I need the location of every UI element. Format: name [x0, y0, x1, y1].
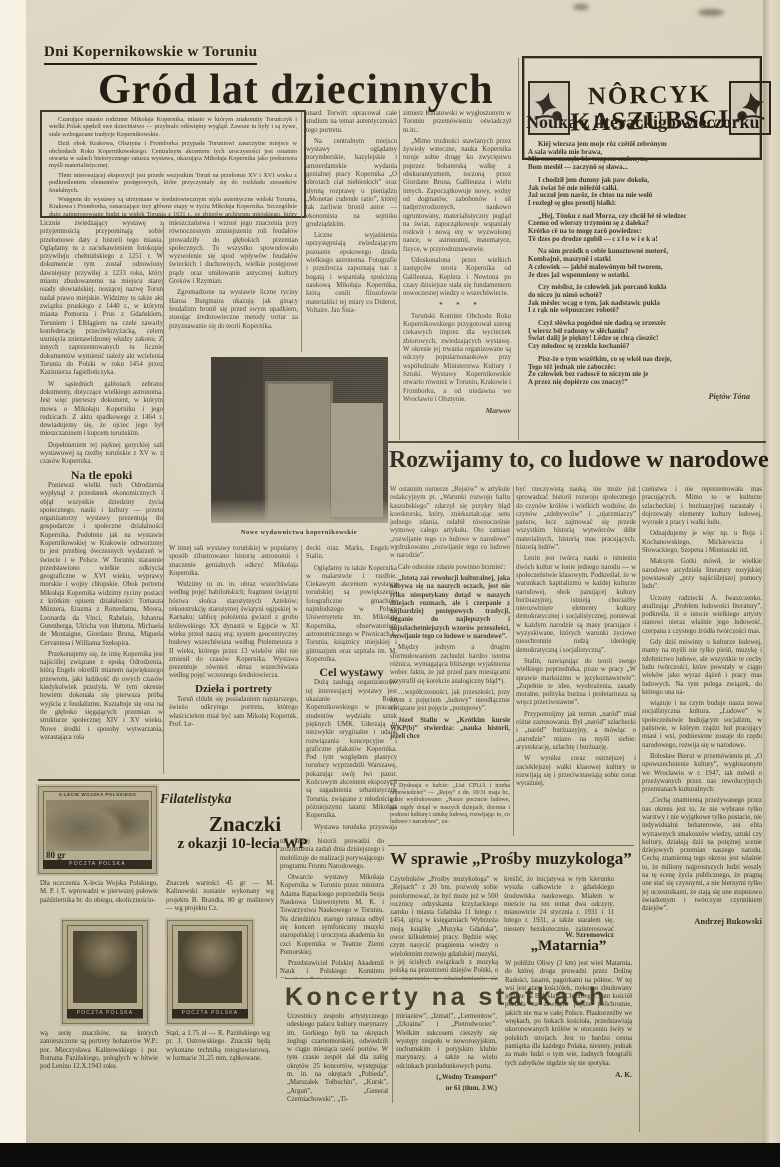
source-credit: („Wodny Transport” [396, 1074, 497, 1082]
paragraph: W ostatnim numerze „Rejsów” w artykule r… [390, 486, 510, 561]
paragraph: Ponieważ wielki ruch Odrodzenia wypłynął… [40, 482, 163, 648]
subheading: Dzieła i portrety [169, 685, 298, 693]
stamp-portrait-pazinski: POCZTA POLSKA [167, 920, 253, 1024]
lead-paragraph: Dziś obok Krakowa, Olsztyna i Fromborka … [49, 140, 297, 170]
poem-stanza: „Hej, Tónku z nad Morza, czy chcôł bë të… [528, 213, 756, 244]
paragraph: mieszczaństwa i wzrost jego znaczenia pr… [169, 220, 298, 286]
paragraph: Całe odnośne zdanie powinno brzmieć: [390, 564, 510, 572]
paragraph: Bolesław Bierut w przemówieniu pt. „O up… [642, 753, 762, 794]
koncerty-headline: Koncerty na statkach [285, 983, 499, 1012]
subheading: Cel wystawy [306, 668, 397, 676]
article-column: kreślić, że inicjatywa w tym kierunku wy… [504, 876, 614, 932]
paragraph: decki oraz Marks, Engels i Stalin. [306, 545, 397, 562]
matarnia-headline: „Matarnia” [505, 938, 632, 955]
poem-stanza: I chodził jem dumny jak paw dokoła, Jak … [528, 177, 756, 208]
author-signature: Andrzej Bukowski [642, 917, 762, 925]
poem-signature: Piętów Tóna [620, 392, 750, 401]
article-column: Znaczek wartości 45 gr — M. Kalinowski z… [166, 880, 274, 920]
paragraph: W innej sali wystawy toruńskiej w popula… [169, 545, 298, 578]
paragraph: „Mimo trudności stawianych przez żywioły… [403, 138, 511, 254]
filatelistyka-label: Filatelistyka [160, 792, 232, 808]
poem-title: Nouka z literackigo wieczorku [526, 112, 759, 133]
paragraph: Zgromadzone na wystawie liczne ryciny Ha… [169, 289, 298, 330]
paragraph: być rzeczywistą nauką, nie może już spro… [516, 486, 636, 552]
section-rule [285, 978, 497, 979]
article-column: być rzeczywistą nauką, nie może już spro… [516, 486, 636, 838]
article-column: W ostatnim numerze „Rejsów” w artykule r… [390, 486, 510, 776]
paragraph: Na centralnym miejscu wystawy oglądamy n… [306, 138, 397, 229]
paragraph: wiązuje i na czym buduje nasza nowa socj… [642, 700, 762, 750]
paragraph: Stąd, a 1.75 zł — R. Pazińskiego wg pr. … [166, 1030, 270, 1063]
author-signature: Marwov [403, 407, 511, 415]
column-rule [301, 545, 302, 831]
paragraph: W sąsiednich gablotach zebrano dokumenty… [40, 381, 163, 439]
paragraph: Przekonujemy się, że imię Kopernika jest… [40, 651, 163, 742]
paragraph: Znaczek wartości 45 gr — M. Kalinowski z… [166, 880, 274, 913]
poem-stanza: Czy mëslisz, że człowiek jak porcanô kuk… [528, 284, 756, 315]
article-column-continuation: tu naszej historii prowadzi do zrozumien… [280, 838, 384, 978]
stamp-top-label: X-LECIE WOJSKA POLSKIEGO [44, 792, 151, 797]
paragraph: Udoskonalona przez wielkich następców te… [403, 257, 511, 298]
scan-artifact [698, 9, 724, 16]
paragraph: Przypomnijmy jak termin „naród” miał róż… [516, 711, 636, 752]
paragraph: Widzimy tu m. in. obraz wszechświata wed… [169, 581, 298, 681]
column-rule [276, 840, 277, 978]
paragraph-emphasis: Józef Stalin w „Krótkim kursie WKP(b)” s… [390, 717, 510, 742]
paragraph-emphasis: „Istotą zaś rewolucji kulturalnej, jaka … [390, 575, 510, 641]
subheading: Na tle epoki [40, 471, 163, 479]
paragraph: Dużą zasługą organizatorów tej interesuj… [306, 679, 397, 820]
article-column: Uczestnicy zespołu artystycznego odeskie… [287, 1013, 388, 1109]
paragraph: Odnajdujemy je więc np. u Reja i Kochano… [642, 530, 762, 555]
paragraph: Toruński Komitet Obchodu Roku Kopernikow… [403, 313, 511, 404]
article-column: onard Torwirt opracował całe studium na … [306, 110, 397, 354]
column-rule [392, 1013, 393, 1103]
section-rule [388, 441, 766, 443]
stamp-x-lecie-wojska: X-LECIE WOJSKA POLSKIEGO POCZTA POLSKA 8… [38, 786, 157, 874]
paragraph: Oglądamy tu także Kopernika w malarstwie… [306, 565, 397, 665]
paragraph: Toruń chlubi się posiadaniem najstarszeg… [169, 696, 298, 729]
paragraph: miriaziew”, „Izmail”, „Lermontow”, „Ukra… [396, 1013, 497, 1071]
author-signature: A. K. [505, 1071, 632, 1079]
article-column: zimierz Kuratowski w wygłoszonym w Torun… [403, 110, 511, 444]
scan-artifact [573, 4, 589, 10]
lead-paragraph: Czarujące miasto rodzinne Mikołaja Koper… [49, 116, 297, 138]
section-rule [388, 845, 634, 846]
znaczki-title: Znaczki [170, 812, 320, 837]
paragraph: czeństwa i nie reprezentowała mas pracuj… [642, 486, 762, 527]
paragraph: „Cechą znamienną przeżywanego przez nas … [642, 797, 762, 913]
photo-caption: Nowe wydawnictwa kopernikowskie [203, 529, 395, 536]
column-rule [301, 112, 302, 352]
poem-body: Kiéj wiersza jem moje rôz czëtôł zebróny… [528, 141, 756, 387]
stamp-portrait-kalinowski: POCZTA POLSKA [62, 920, 148, 1024]
paragraph: zimierz Kuratowski w wygłoszonym w Torun… [403, 110, 511, 135]
paragraph: Między jednym a drugim sformułowaniem za… [390, 644, 510, 685]
paragraph: Maksym Gorki mówił, że wielkie narodowe … [642, 558, 762, 591]
paragraph: Uczony radziecki A. Iwaszczenko, analizu… [642, 595, 762, 636]
article-column: Czytelników „Prośby muzykologa” w „Rejsa… [390, 876, 498, 980]
column-rule [513, 486, 514, 836]
paragraph: Dla uczczenia X-lecia Wojska Polskiego, … [40, 880, 158, 905]
poem-stanza: Na sóm przódk u cebie kunsztowné motorë,… [528, 248, 756, 279]
lead-paragraph-box: Czarujące miasto rodzinne Mikołaja Koper… [40, 110, 306, 218]
article-column: miriaziew”, „Izmail”, „Lermontow”, „Ukra… [396, 1013, 497, 1109]
photo-foreground [211, 499, 388, 523]
scan-margin-left [0, 0, 26, 1143]
poem-stanza: Pisz-że o tym wszëtkim, co sę wkół nas d… [528, 356, 756, 387]
column-rule [518, 58, 519, 440]
article-column: Dla uczczenia X-lecia Wojska Polskiego, … [40, 880, 158, 920]
paper-fold-edge [763, 0, 780, 1143]
article-column: czeństwa i nie reprezentowała mas pracuj… [642, 486, 762, 1058]
paragraph: Gdy dziś mówimy o kulturze ludowej, mamy… [642, 639, 762, 697]
column-rule [639, 486, 640, 1132]
znaczki-subtitle: z okazji 10-lecia WP [150, 836, 335, 853]
muzykolog-headline: W sprawie „Prośby muzykologa” [388, 849, 634, 869]
paragraph: Uczestnicy zespołu artystycznego odeskie… [287, 1013, 388, 1104]
article-column: Licznie zwiedzający wystawę z przyjemnoś… [40, 220, 163, 776]
section-rule [38, 779, 300, 781]
paragraph: Licznie zwiedzający wystawę z przyjemnoś… [40, 220, 163, 378]
paragraph: wą serię znaczków, na których zamieszczo… [40, 1030, 158, 1071]
footnote-text: *) Dyskusja o hafcie: „List CPLiA i trze… [390, 783, 510, 826]
paragraph: kreślić, że inicjatywa w tym kierunku wy… [504, 876, 614, 932]
lead-paragraph: Tłem interesującej ekspozycji jest przed… [49, 172, 297, 194]
paragraph: Stalin, nawiązując do teorii swego wielk… [516, 658, 636, 708]
article-column: Stąd, a 1.75 zł — R. Pazińskiego wg pr. … [166, 1030, 270, 1092]
paragraph: Czytelników „Prośby muzykologa” w „Rejsa… [390, 876, 498, 980]
stamp-battle-scene [46, 800, 149, 851]
stamp-poczta-band: POCZTA POLSKA [67, 1009, 143, 1018]
main-headline: Gród lat dziecinnych [98, 68, 494, 112]
ludowe-headline: Rozwijamy to, co ludowe w narodowe [389, 447, 768, 474]
paragraph: Lenin jest twórcą nauki o istnieniu dwóc… [516, 555, 636, 655]
section-divider-stars: * * * [403, 302, 511, 310]
section-kicker: Dni Kopernikowskie w Toruniu [44, 44, 257, 65]
column-rule [399, 110, 400, 440]
scan-bottom-bar [0, 1143, 780, 1167]
newspaper-page-scan: Dni Kopernikowskie w Toruniu Gród lat dz… [0, 0, 780, 1167]
poem-stanza: Czyż słówka pogódné nie dadzą sę zrzeszë… [528, 320, 756, 351]
paragraph: onard Torwirt opracował całe studium na … [306, 110, 397, 135]
footnote: *) Dyskusja o hafcie: „List CPLiA i trze… [390, 780, 510, 841]
paragraph: Przedstawiciel Polskiej Akademii Nauk i … [280, 960, 384, 978]
paragraph: Liczne wyjaśnienia uprzystępniają zwiedz… [306, 232, 397, 315]
source-credit: nr 61 (tłum. J.W.) [396, 1085, 497, 1093]
column-rule [163, 222, 164, 774]
stamp-portrait [178, 931, 242, 1003]
paragraph: Otwarcie wystawy Mikołaja Kopernika w To… [280, 874, 384, 957]
lead-paragraph: Wstępem do wystawy są utrzymane w średni… [49, 196, 297, 218]
article-column: decki oraz Marks, Engels i Stalin. Ogląd… [306, 545, 397, 833]
stamp-poczta-band: POCZTA POLSKA [172, 1009, 248, 1018]
stamp-poczta-band: POCZTA POLSKA [43, 860, 152, 869]
paragraph: …współczesności, jak przeszłości, przy c… [390, 689, 510, 714]
stamp-value: 80 gr [46, 850, 66, 860]
paragraph: Dopełnieniem tej pięknej gotyckiej sali … [40, 442, 163, 467]
paragraph: W wyniku coraz ostrzejszej i zaciekłejsz… [516, 755, 636, 788]
photo-new-copernican-publications [211, 357, 388, 523]
article-column: wą serię znaczków, na których zamieszczo… [40, 1030, 158, 1092]
poem-stanza: Kiéj wiersza jem moje rôz czëtôł zebróny… [528, 141, 756, 172]
article-column: mieszczaństwa i wzrost jego znaczenia pr… [169, 220, 298, 354]
paragraph: W pobliżu Oliwy (3 km) jest wieś Matarni… [505, 960, 632, 1068]
stamp-portrait [73, 931, 137, 1003]
